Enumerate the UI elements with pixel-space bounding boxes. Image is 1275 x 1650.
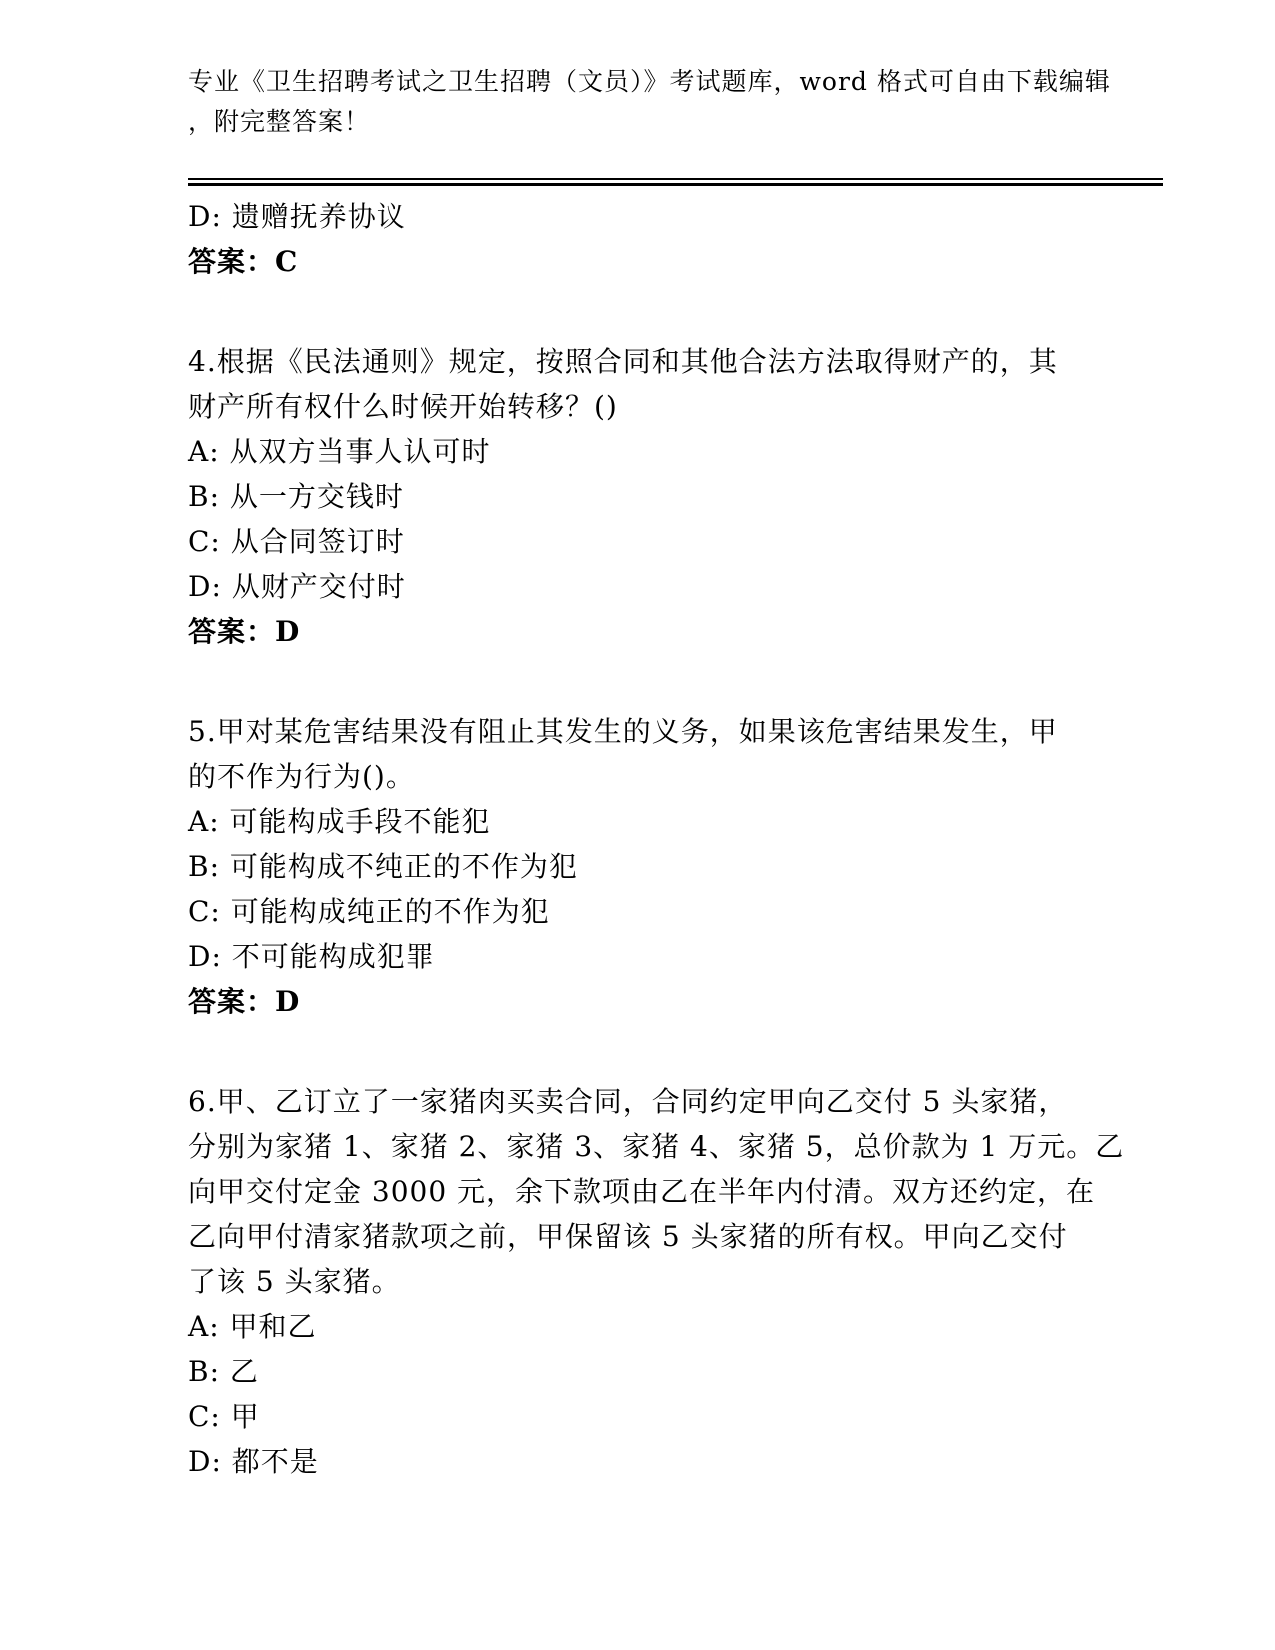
- question-4-option-c: C: 从合同签订时: [188, 519, 1163, 564]
- carryover-question-block: D: 遗赠抚养协议 答案：C: [188, 194, 1163, 284]
- question-4-option-d: D: 从财产交付时: [188, 564, 1163, 609]
- question-5-option-d: D: 不可能构成犯罪: [188, 934, 1163, 979]
- document-body: D: 遗赠抚养协议 答案：C 4.根据《民法通则》规定，按照合同和其他合法方法取…: [188, 186, 1163, 1484]
- question-4-stem: 4.根据《民法通则》规定，按照合同和其他合法方法取得财产的，其 财产所有权什么时…: [188, 339, 1163, 429]
- question-6-block: 6.甲、乙订立了一家猪肉买卖合同，合同约定甲向乙交付 5 头家猪， 分别为家猪 …: [188, 1079, 1163, 1484]
- question-6-option-b: B: 乙: [188, 1349, 1163, 1394]
- question-5-option-a: A: 可能构成手段不能犯: [188, 799, 1163, 844]
- question-5-block: 5.甲对某危害结果没有阻止其发生的义务，如果该危害结果发生，甲 的不作为行为()…: [188, 709, 1163, 1024]
- question-6-option-c: C: 甲: [188, 1394, 1163, 1439]
- question-4-option-b: B: 从一方交钱时: [188, 474, 1163, 519]
- carryover-answer: 答案：C: [188, 239, 1163, 284]
- question-5-stem: 5.甲对某危害结果没有阻止其发生的义务，如果该危害结果发生，甲 的不作为行为()…: [188, 709, 1163, 799]
- carryover-option-d: D: 遗赠抚养协议: [188, 194, 1163, 239]
- page-header: 专业《卫生招聘考试之卫生招聘（文员）》考试题库，word 格式可自由下载编辑 ，…: [188, 0, 1163, 186]
- header-divider-rule: [188, 178, 1163, 186]
- question-5-option-b: B: 可能构成不纯正的不作为犯: [188, 844, 1163, 889]
- question-4-option-a: A: 从双方当事人认可时: [188, 429, 1163, 474]
- document-page: 专业《卫生招聘考试之卫生招聘（文员）》考试题库，word 格式可自由下载编辑 ，…: [0, 0, 1275, 1650]
- question-6-option-a: A: 甲和乙: [188, 1304, 1163, 1349]
- header-disclaimer-text: 专业《卫生招聘考试之卫生招聘（文员）》考试题库，word 格式可自由下载编辑 ，…: [188, 0, 1163, 142]
- question-5-answer: 答案：D: [188, 979, 1163, 1024]
- question-4-block: 4.根据《民法通则》规定，按照合同和其他合法方法取得财产的，其 财产所有权什么时…: [188, 339, 1163, 654]
- question-6-stem: 6.甲、乙订立了一家猪肉买卖合同，合同约定甲向乙交付 5 头家猪， 分别为家猪 …: [188, 1079, 1163, 1304]
- question-5-option-c: C: 可能构成纯正的不作为犯: [188, 889, 1163, 934]
- question-4-answer: 答案：D: [188, 609, 1163, 654]
- question-6-option-d: D: 都不是: [188, 1439, 1163, 1484]
